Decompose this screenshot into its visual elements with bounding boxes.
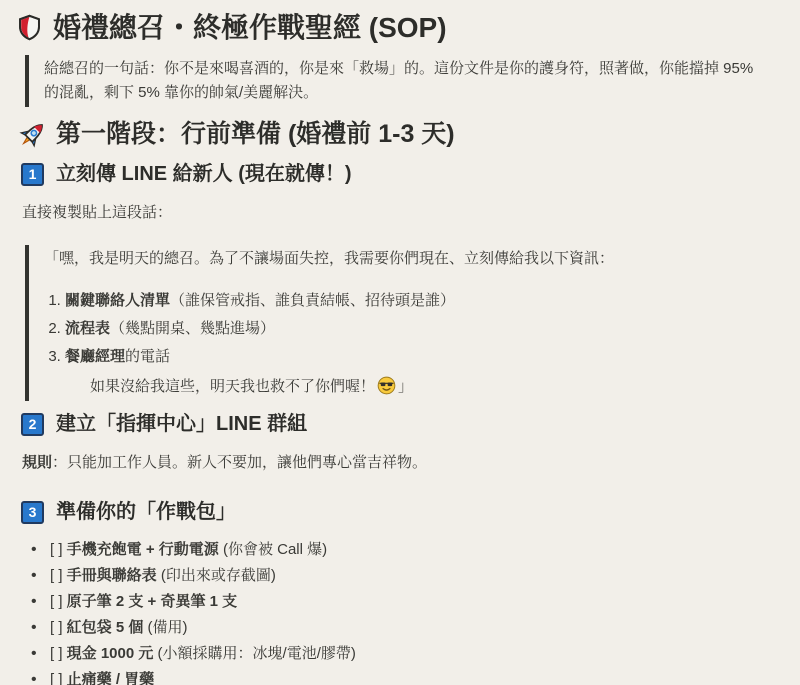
group-rule: 規則：只能加工作人員。新人不要加，讓他們專心當吉祥物。 xyxy=(22,453,782,473)
rocket-icon xyxy=(16,119,48,151)
step-1-heading: 1 立刻傳 LINE 給新人 (現在就傳！) xyxy=(21,161,782,187)
step-2-title: 建立「指揮中心」LINE 群組 xyxy=(56,411,307,437)
step-3-title: 準備你的「作戰包」 xyxy=(56,499,236,525)
checklist-item: [ ] 手機充飽電 + 行動電源 (你會被 Call 爆) xyxy=(16,537,782,563)
phase-heading-text: 第一階段：行前準備 (婚禮前 1-3 天) xyxy=(56,119,455,150)
checkbox-placeholder: [ ] xyxy=(50,671,67,685)
list-item-bold: 流程表 xyxy=(65,320,110,337)
list-item-bold: 餐廳經理 xyxy=(65,348,125,365)
step-2-heading: 2 建立「指揮中心」LINE 群組 xyxy=(21,411,782,437)
checklist-item-rest: (備用) xyxy=(143,619,187,636)
checklist-item: [ ] 手冊與聯絡表 (印出來或存截圖) xyxy=(16,563,782,589)
checkbox-placeholder: [ ] xyxy=(50,541,67,558)
step-1-keycap-icon: 1 xyxy=(21,163,44,186)
intro-quote-text: 給總召的一句話：你不是來喝喜酒的，你是來「救場」的。這份文件是你的護身符，照著做… xyxy=(44,57,770,105)
checklist-item-rest: (小額採購用：冰塊/電池/膠帶) xyxy=(153,645,356,662)
checkbox-placeholder: [ ] xyxy=(50,567,67,584)
outro-close-bracket: 」 xyxy=(398,378,413,395)
page-title-text: 婚禮總召・終極作戰聖經 (SOP) xyxy=(53,10,447,45)
sop-document: 婚禮總召・終極作戰聖經 (SOP) 給總召的一句話：你不是來喝喜酒的，你是來「救… xyxy=(16,10,782,685)
message-quote: 「嘿，我是明天的總召。為了不讓場面失控，我需要你們現在、立刻傳給我以下資訊： 關… xyxy=(25,245,782,401)
checklist-item-rest: (印出來或存截圖) xyxy=(157,567,276,584)
checklist-item-bold: 手機充飽電 + 行動電源 xyxy=(67,541,219,558)
group-rule-bold: 規則 xyxy=(22,454,52,471)
checklist-item-bold: 紅包袋 5 個 xyxy=(67,619,144,636)
sunglasses-smiley-emoji-icon xyxy=(377,376,396,395)
step-1-title: 立刻傳 LINE 給新人 (現在就傳！) xyxy=(56,161,352,187)
checklist-item-bold: 原子筆 2 支 + 奇異筆 1 支 xyxy=(67,593,237,610)
checklist-item-bold: 止痛藥 / 胃藥 xyxy=(67,671,155,685)
page-title: 婚禮總召・終極作戰聖經 (SOP) xyxy=(16,10,782,45)
list-item-bold: 關鍵聯絡人清單 xyxy=(65,292,170,309)
checklist-item: [ ] 紅包袋 5 個 (備用) xyxy=(16,615,782,641)
checklist-item: [ ] 原子筆 2 支 + 奇異筆 1 支 xyxy=(16,589,782,615)
checkbox-placeholder: [ ] xyxy=(50,593,67,610)
checklist-item: [ ] 止痛藥 / 胃藥 xyxy=(16,667,782,685)
list-item: 流程表（幾點開桌、幾點進場） xyxy=(65,315,770,343)
message-quote-intro: 「嘿，我是明天的總召。為了不讓場面失控，我需要你們現在、立刻傳給我以下資訊： xyxy=(44,247,770,271)
list-item: 關鍵聯絡人清單（誰保管戒指、誰負責結帳、招待頭是誰） xyxy=(65,287,770,315)
checklist-item-bold: 現金 1000 元 xyxy=(67,645,154,662)
outro-text: 如果沒給我這些，明天我也救不了你們喔！ xyxy=(90,378,375,395)
list-item-rest: 的電話 xyxy=(125,348,170,365)
info-request-list: 關鍵聯絡人清單（誰保管戒指、誰負責結帳、招待頭是誰） 流程表（幾點開桌、幾點進場… xyxy=(44,287,770,371)
step-3-keycap-icon: 3 xyxy=(21,501,44,524)
copy-instruction: 直接複製貼上這段話： xyxy=(22,203,782,223)
message-quote-outro: 如果沒給我這些，明天我也救不了你們喔！ 」 xyxy=(90,375,770,399)
checkbox-placeholder: [ ] xyxy=(50,619,67,636)
step-3-heading: 3 準備你的「作戰包」 xyxy=(21,499,782,525)
list-item-rest: （幾點開桌、幾點進場） xyxy=(110,320,275,337)
intro-quote: 給總召的一句話：你不是來喝喜酒的，你是來「救場」的。這份文件是你的護身符，照著做… xyxy=(25,55,782,107)
phase-heading: 第一階段：行前準備 (婚禮前 1-3 天) xyxy=(16,119,782,151)
checklist-item-bold: 手冊與聯絡表 xyxy=(67,567,157,584)
list-item: 餐廳經理的電話 xyxy=(65,343,770,371)
list-item-rest: （誰保管戒指、誰負責結帳、招待頭是誰） xyxy=(170,292,455,309)
shield-icon xyxy=(16,14,43,41)
checklist-item: [ ] 現金 1000 元 (小額採購用：冰塊/電池/膠帶) xyxy=(16,641,782,667)
group-rule-rest: ：只能加工作人員。新人不要加，讓他們專心當吉祥物。 xyxy=(52,454,427,471)
step-2-keycap-icon: 2 xyxy=(21,413,44,436)
checkbox-placeholder: [ ] xyxy=(50,645,67,662)
battle-pack-checklist: [ ] 手機充飽電 + 行動電源 (你會被 Call 爆) [ ] 手冊與聯絡表… xyxy=(16,537,782,685)
checklist-item-rest: (你會被 Call 爆) xyxy=(219,541,327,558)
